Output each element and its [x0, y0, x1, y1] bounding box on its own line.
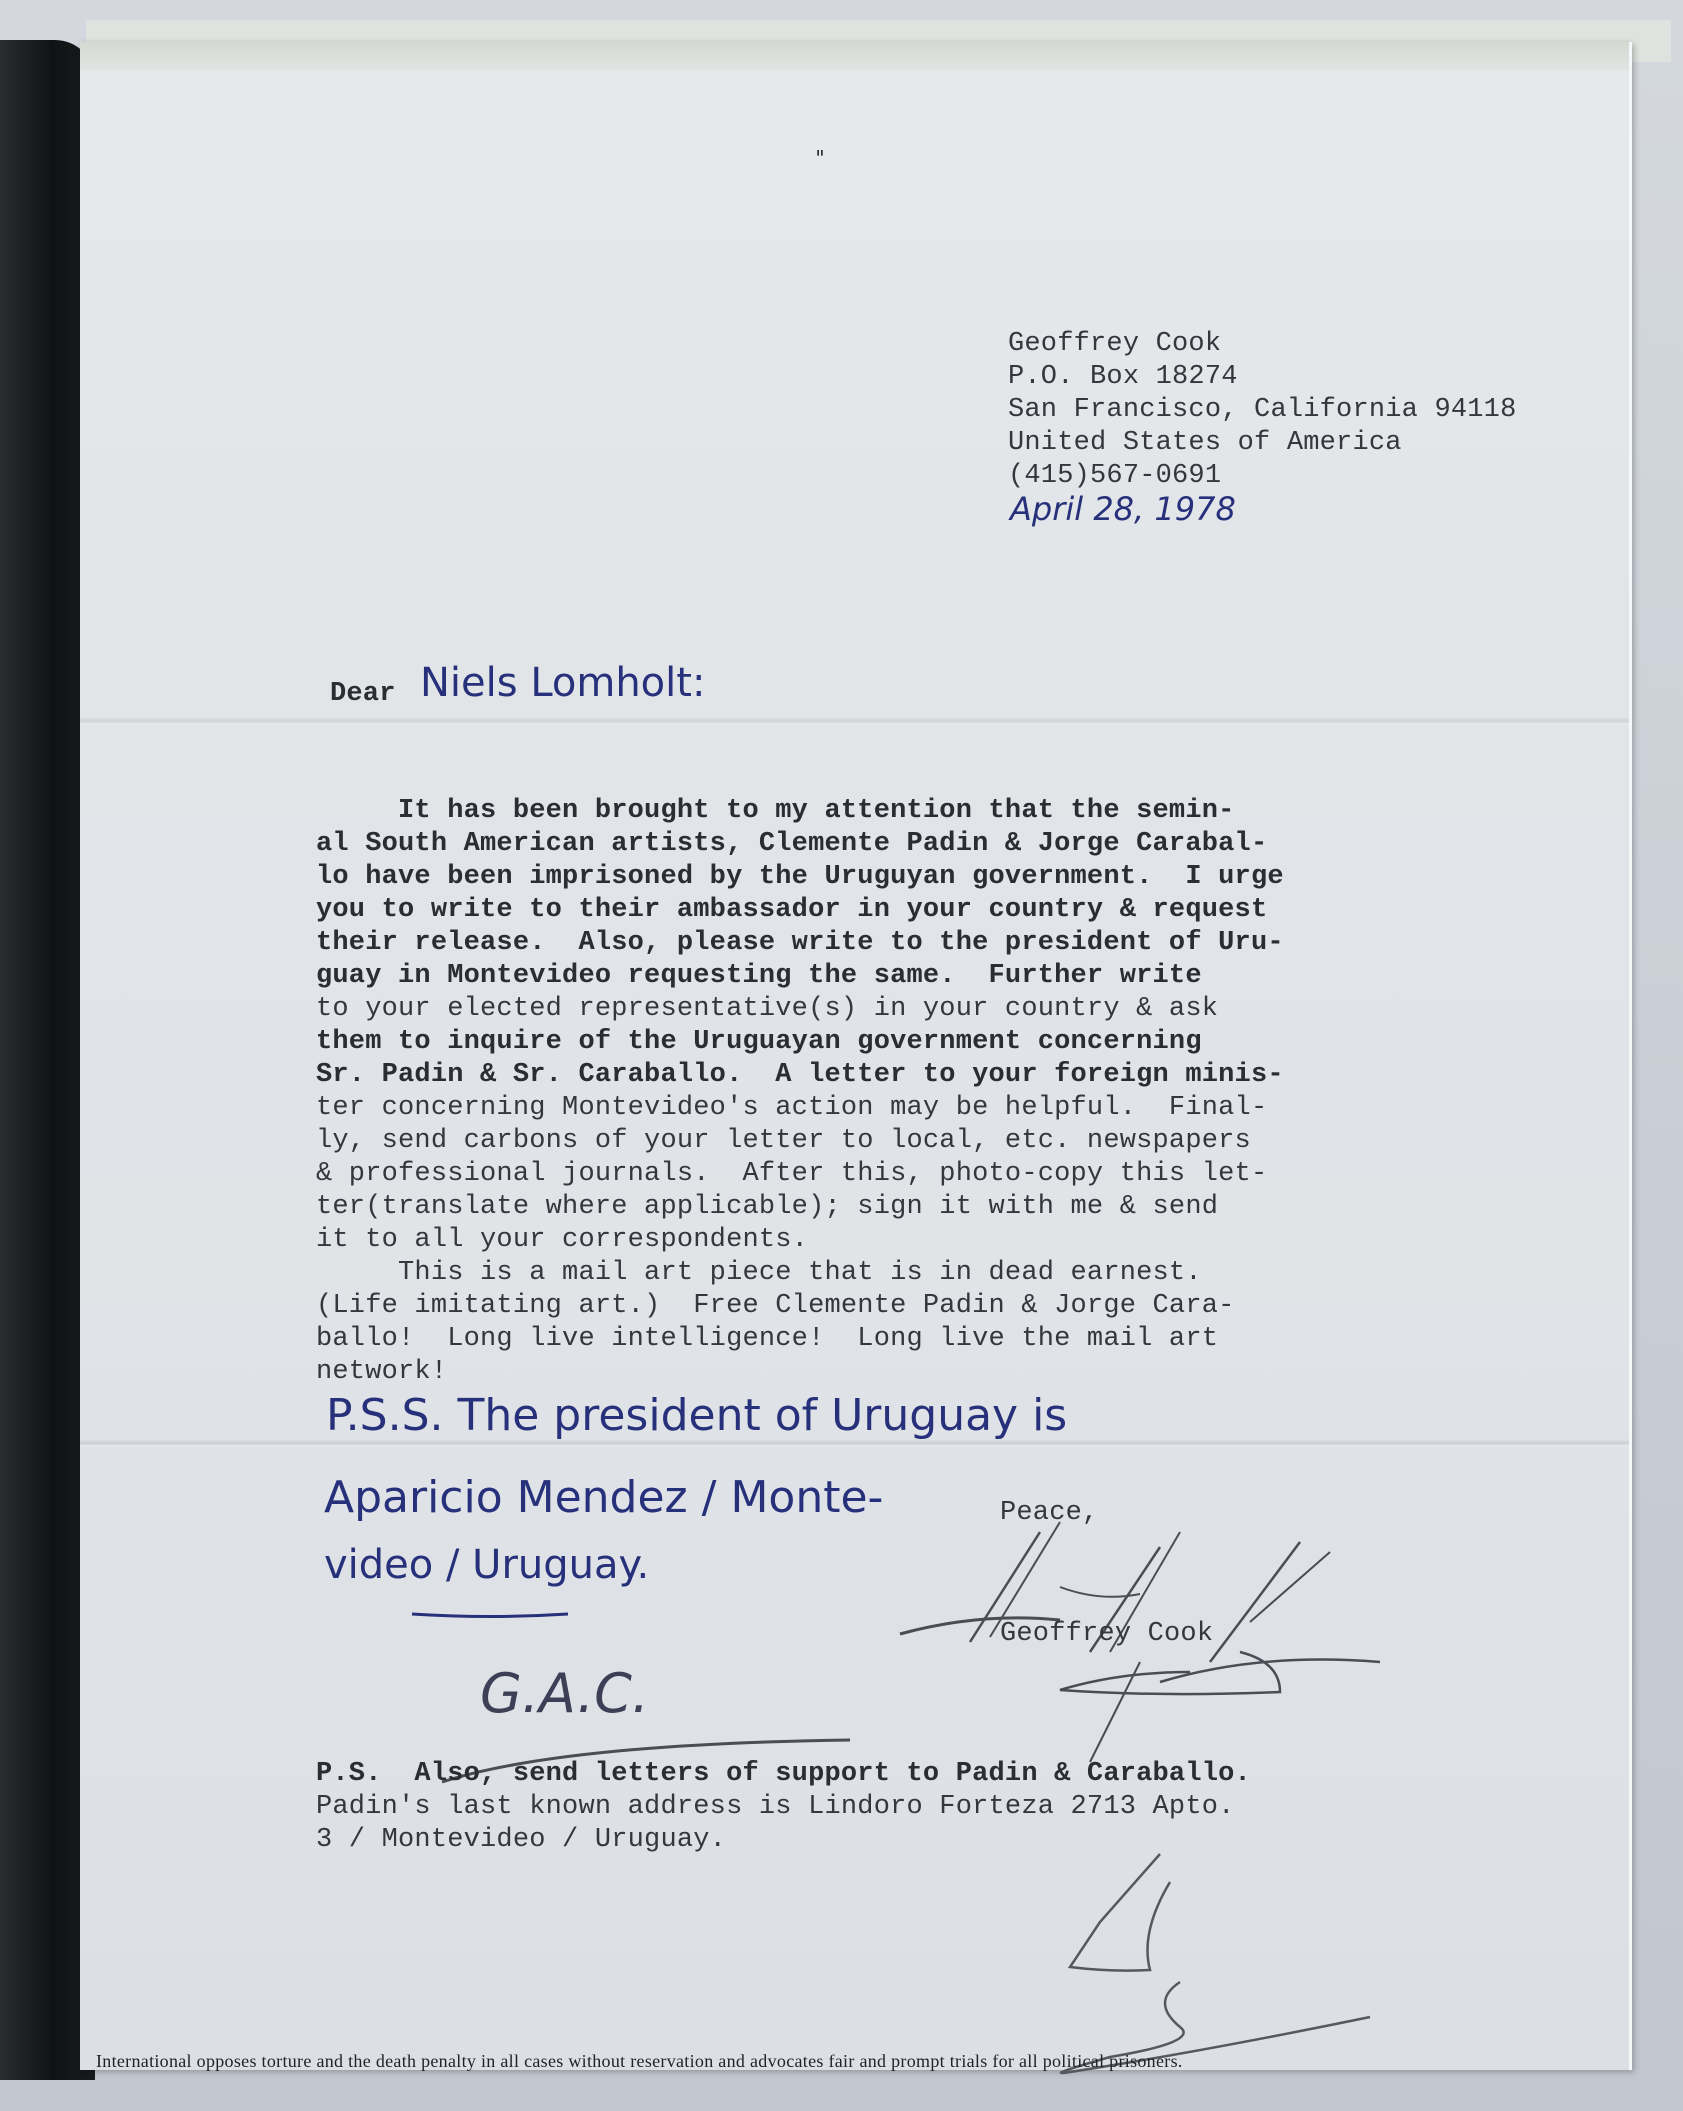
- body-line: to your elected representative(s) in you…: [316, 993, 1218, 1026]
- body-line: guay in Montevideo requesting the same. …: [316, 960, 1202, 993]
- top-mark: ": [814, 146, 826, 170]
- sender-name: Geoffrey Cook: [1008, 328, 1221, 361]
- body-line: you to write to their ambassador in your…: [316, 894, 1267, 927]
- signature-scrawl: [860, 1502, 1420, 1702]
- handwritten-initials: G.A.C.: [480, 1662, 649, 1725]
- paper-right-edge: [1629, 42, 1632, 2070]
- handwritten-date: April 28, 1978: [1010, 490, 1236, 528]
- footer-printed-text: International opposes torture and the de…: [96, 2051, 1183, 2072]
- body-line: ter(translate where applicable); sign it…: [316, 1191, 1218, 1224]
- sender-city-line: San Francisco, California 94118: [1008, 394, 1516, 427]
- paper-top-band: [80, 42, 1632, 70]
- uruguay-underline: [410, 1610, 570, 1620]
- body-line: Sr. Padin & Sr. Caraballo. A letter to y…: [316, 1059, 1284, 1092]
- body-line: ballo! Long live intelligence! Long live…: [316, 1323, 1218, 1356]
- body-line: lo have been imprisoned by the Uruguyan …: [316, 861, 1284, 894]
- typed-signature-name: Geoffrey Cook: [1000, 1618, 1213, 1651]
- lower-signature-scrawl: [1040, 1852, 1400, 2082]
- sender-phone: (415)567-0691: [1008, 460, 1221, 493]
- ps-line: P.S. Also, send letters of support to Pa…: [316, 1758, 1251, 1791]
- pss-line: P.S.S. The president of Uruguay is: [326, 1390, 1067, 1441]
- sender-po-box: P.O. Box 18274: [1008, 361, 1238, 394]
- body-line: ter concerning Montevideo's action may b…: [316, 1092, 1267, 1125]
- ps-line: Padin's last known address is Lindoro Fo…: [316, 1791, 1235, 1824]
- body-line: network!: [316, 1356, 447, 1389]
- ps-line: 3 / Montevideo / Uruguay.: [316, 1824, 726, 1857]
- pss-line: video / Uruguay.: [324, 1542, 649, 1588]
- body-line: al South American artists, Clemente Padi…: [316, 828, 1267, 861]
- pss-line: Aparicio Mendez / Monte-: [324, 1472, 883, 1523]
- body-line: their release. Also, please write to the…: [316, 927, 1284, 960]
- fold-crease-upper: [80, 717, 1632, 725]
- body-line: & professional journals. After this, pho…: [316, 1158, 1267, 1191]
- body-line: ly, send carbons of your letter to local…: [316, 1125, 1251, 1158]
- body-line: them to inquire of the Uruguayan governm…: [316, 1026, 1202, 1059]
- sender-country: United States of America: [1008, 427, 1402, 460]
- body-line: It has been brought to my attention that…: [316, 795, 1235, 828]
- body-line: it to all your correspondents.: [316, 1224, 808, 1257]
- letter-page: " Geoffrey Cook P.O. Box 18274 San Franc…: [80, 42, 1632, 2070]
- body-line: This is a mail art piece that is in dead…: [316, 1257, 1202, 1290]
- salutation-handwritten-name: Niels Lomholt:: [420, 660, 705, 706]
- salutation-typed: Dear: [330, 678, 396, 711]
- body-line: (Life imitating art.) Free Clemente Padi…: [316, 1290, 1235, 1323]
